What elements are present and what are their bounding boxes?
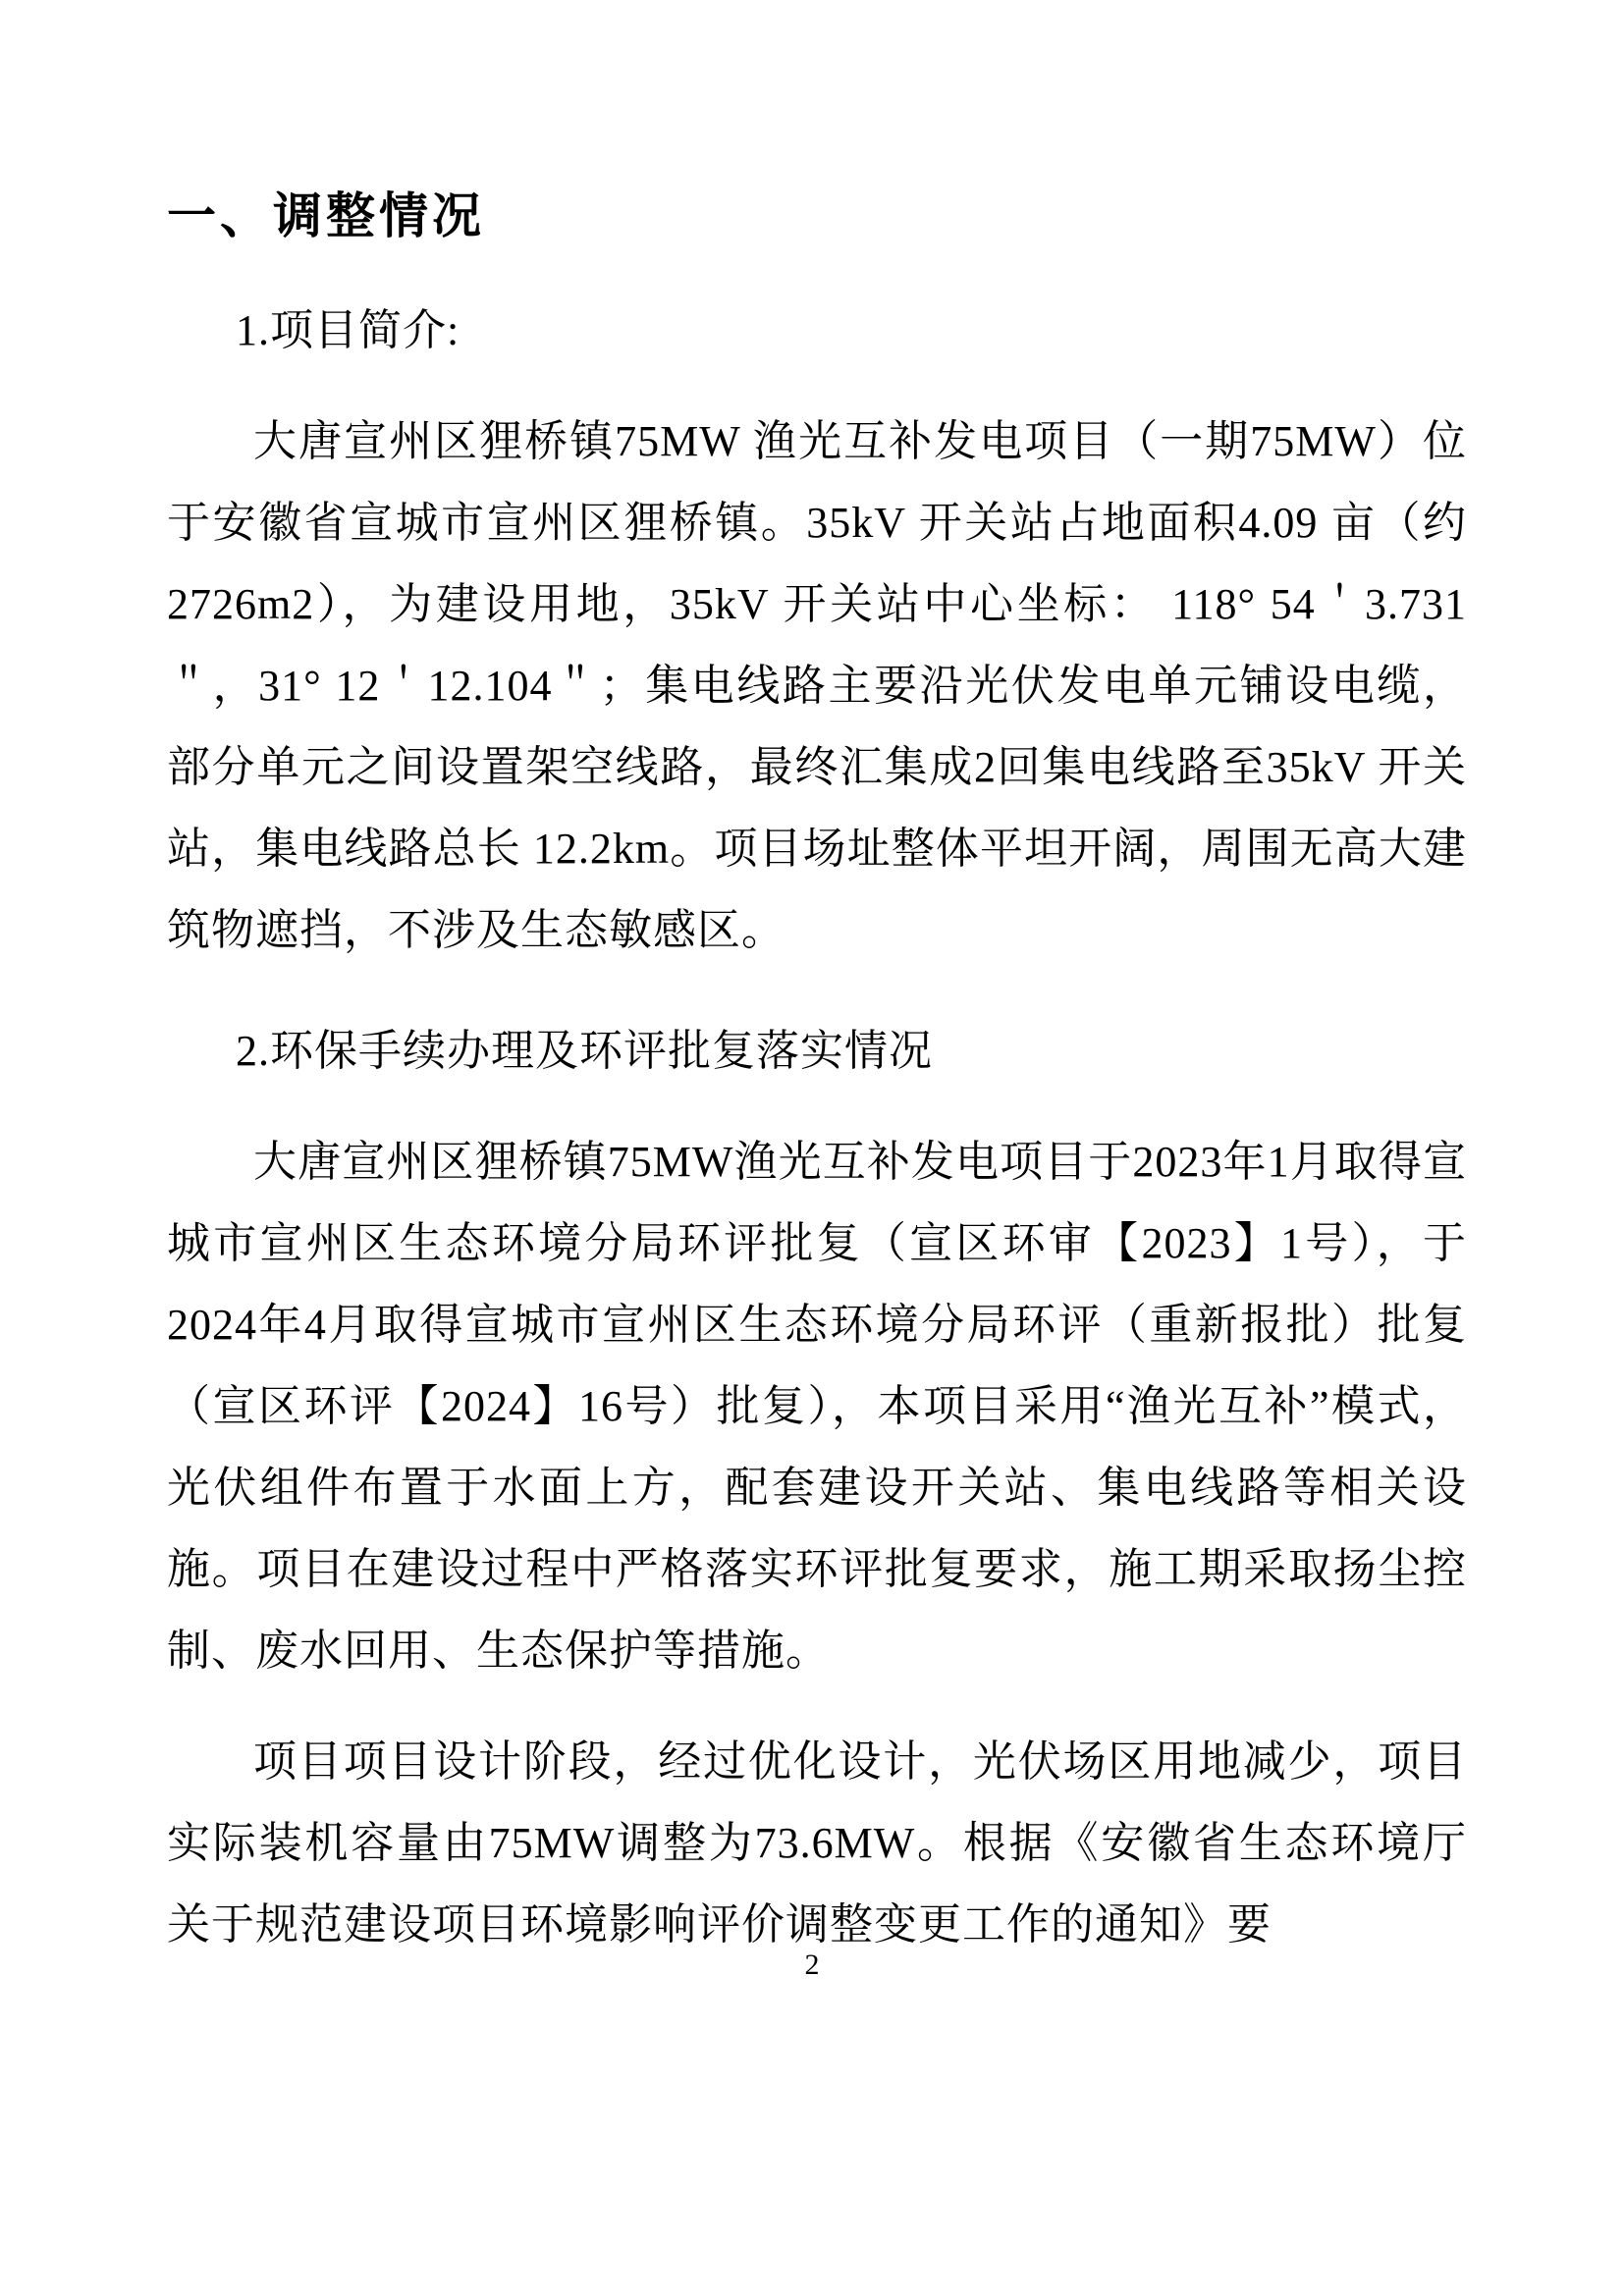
section-heading: 一、调整情况 [167, 182, 1467, 250]
paragraph-project-intro: 大唐宣州区狸桥镇75MW 渔光互补发电项目（一期75MW）位于安徽省宣城市宣州区… [167, 400, 1467, 971]
section-approval-status: 2.环保手续办理及环评批复落实情况 大唐宣州区狸桥镇75MW渔光互补发电项目于2… [167, 1010, 1467, 1965]
paragraph-capacity-adjustment: 项目项目设计阶段，经过优化设计，光伏场区用地减少，项目实际装机容量由75MW调整… [167, 1721, 1467, 1965]
page-number: 2 [0, 1949, 1624, 1982]
subheading-project-intro: 1.项目简介: [167, 290, 1467, 371]
paragraph-approval-history: 大唐宣州区狸桥镇75MW渔光互补发电项目于2023年1月取得宣城市宣州区生态环境… [167, 1121, 1467, 1691]
document-page: 一、调整情况 1.项目简介: 大唐宣州区狸桥镇75MW 渔光互补发电项目（一期7… [0, 0, 1624, 2296]
subheading-approval-status: 2.环保手续办理及环评批复落实情况 [167, 1010, 1467, 1092]
document-content: 一、调整情况 1.项目简介: 大唐宣州区狸桥镇75MW 渔光互补发电项目（一期7… [167, 182, 1467, 1965]
section-project-intro: 1.项目简介: 大唐宣州区狸桥镇75MW 渔光互补发电项目（一期75MW）位于安… [167, 290, 1467, 971]
